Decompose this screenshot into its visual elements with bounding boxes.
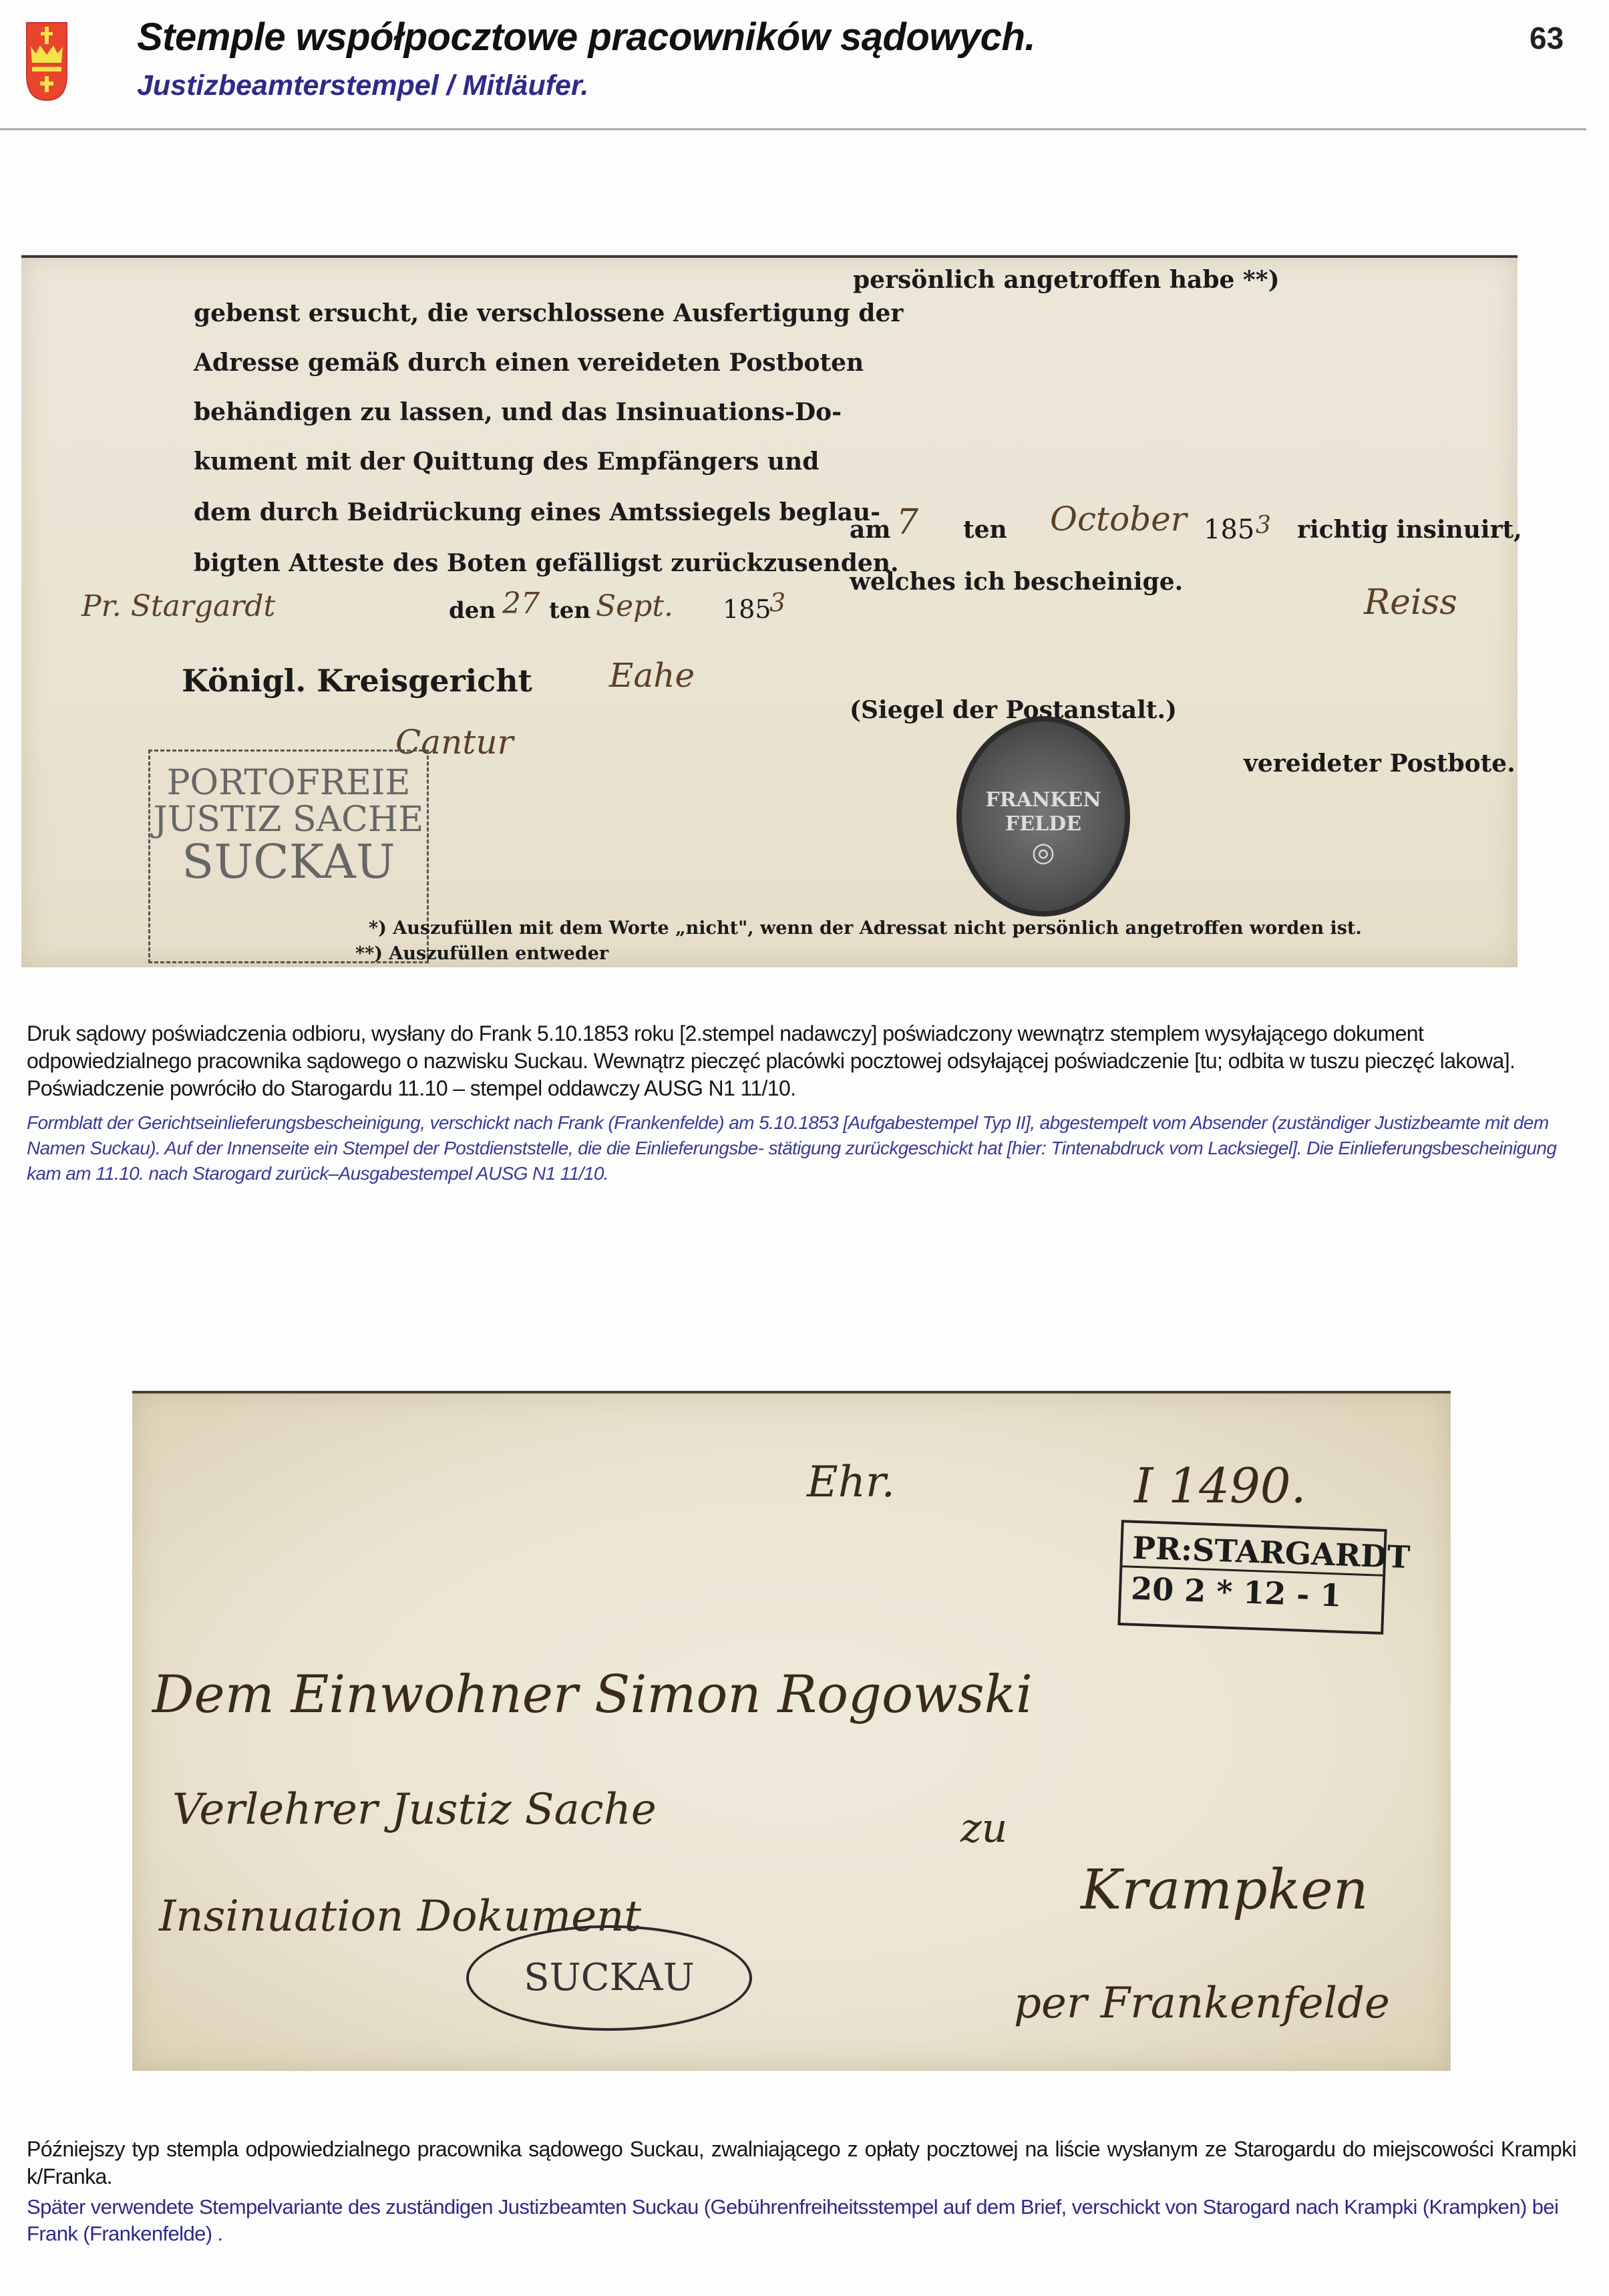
printed-line: kument mit der Quittung des Empfängers u… [194,448,819,476]
caption-german-1: Formblatt der Gerichtseinlieferungsbesch… [27,1110,1576,1186]
handwritten-court-note: Eahe [609,656,695,695]
handwritten-month: October [1050,500,1187,538]
post-horn-icon: ◎ [962,840,1125,864]
page-title: Stemple współpocztowe pracowników sądowy… [137,15,1035,59]
coat-of-arms-icon [25,21,68,102]
seal-line: FELDE [962,812,1125,836]
handwritten-year-digit: 3 [1256,512,1271,539]
handwritten-day: 7 [896,502,918,542]
printed-siegel: (Siegel der Postanstalt.) [850,696,1177,724]
caption-german-2: Später verwendete Stempelvariante des zu… [27,2194,1576,2247]
printed-line: dem durch Beidrückung eines Amtssiegels … [194,498,880,526]
printed-line: Adresse gemäß durch einen vereideten Pos… [194,349,864,377]
printed-postbote: vereideter Postbote. [1244,750,1515,778]
stamp-line: PORTOFREIE [150,765,427,802]
postmark-line: PR:STARGARDT [1123,1522,1385,1575]
footnote-2: **) Auszufüllen entweder [355,943,608,964]
handwritten-place: Krampken [1081,1858,1369,1922]
seal-line: FRANKEN [962,788,1125,812]
handwritten-route: per Frankenfelde [1014,1979,1390,2028]
pr-stargardt-postmark: PR:STARGARDT 20 2 * 12 - 1 [1117,1520,1387,1635]
printed-welches: welches ich bescheinige. [850,568,1183,596]
printed-line: bigten Atteste des Boten gefälligst zurü… [194,549,899,577]
handwritten-signature: Reiss [1364,583,1457,623]
caption-polish-1: Druk sądowy poświadczenia odbioru, wysła… [27,1020,1576,1102]
printed-am: am [850,516,890,544]
handwritten-month: Sept. [596,589,673,623]
handwritten-day: 27 [502,587,540,621]
printed-year: 185 [1204,514,1254,545]
page-number: 63 [1530,20,1564,56]
printed-line: gebenst ersucht, die verschlossene Ausfe… [194,299,903,327]
page-header: Stemple współpocztowe pracowników sądowy… [0,0,1609,131]
stamp-line: SUCKAU [150,838,427,887]
header-divider [0,128,1586,130]
suckau-oval-stamp: SUCKAU [466,1925,752,2031]
document-edge [132,1391,1451,1393]
printed-den: den [449,597,496,624]
handwritten-year-digit: 3 [769,588,785,617]
letter-cover-image: Ehr. I 1490. PR:STARGARDT 20 2 * 12 - 1 … [132,1391,1451,2071]
handwritten-docket: Ehr. [807,1458,895,1507]
printed-year: 185 [723,595,771,624]
handwritten-number: I 1490. [1134,1458,1306,1514]
handwritten-place: Pr. Stargardt [81,589,275,623]
frankenfelde-postal-seal: FRANKEN FELDE ◎ [956,716,1130,917]
caption-polish-2: Późniejszy typ stempla odpowiedzialnego … [27,2136,1576,2190]
printed-ten: ten [963,516,1007,544]
handwritten-zu: zu [960,1805,1007,1852]
handwritten-addressee: Dem Einwohner Simon Rogowski [152,1665,1033,1725]
page-subtitle: Justizbeamterstempel / Mitläufer. [137,69,588,102]
printed-line: behändigen zu lassen, und das Insinuatio… [194,398,842,426]
court-name: Königl. Kreisgericht [182,663,532,699]
document-edge [21,255,1517,258]
stamp-line: JUSTIZ SACHE [150,802,427,838]
printed-richtig: richtig insinuirt, [1297,516,1522,544]
printed-ten: ten [549,597,590,624]
footnote-1: *) Auszufüllen mit dem Worte „nicht", we… [369,918,1362,939]
court-receipt-form-image: persönlich angetroffen habe **) gebenst … [21,255,1517,967]
handwritten-line: Verlehrer Justiz Sache [172,1785,657,1834]
printed-line: persönlich angetroffen habe **) [853,266,1280,294]
